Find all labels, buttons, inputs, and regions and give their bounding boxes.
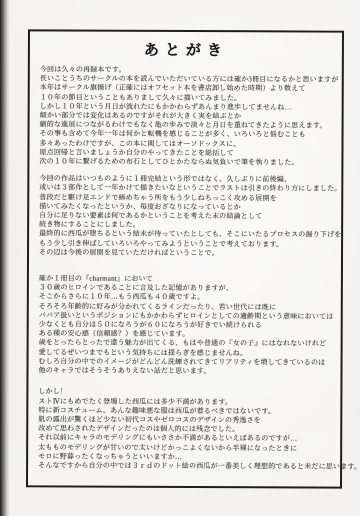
- afterword-body: 今回は久々の再録本です。長いことうちのサークルの本を読んでいただいている方には確…: [28, 63, 342, 471]
- paragraph: 今回は久々の再録本です。長いことうちのサークルの本を読んでいただいている方には確…: [39, 65, 333, 168]
- page-title: あとがき: [30, 38, 342, 60]
- scanned-page: あとがき 今回は久々の再録本です。長いことうちのサークルの本を読んでいただいてい…: [0, 0, 360, 516]
- paragraph: 今回の作品はいつものように１冊完結という形ではなく、久しぶりに前後編、或いは３部…: [39, 175, 333, 259]
- text-line: 他のキャラではそうそうありえない話だと思います。: [38, 366, 332, 376]
- afterword-frame: あとがき 今回は久々の再録本です。長いことうちのサークルの本を読んでいただいてい…: [26, 29, 344, 488]
- scan-gutter-shadow: [0, 0, 10, 516]
- paragraph: しかし！ストⅣにもめでたく登場した西瓜には多少不満があります。特に新コスチューム…: [38, 388, 332, 472]
- paragraph: 確か１冊目の『charmant』において３０歳のヒロインであることに言及した記憶…: [38, 274, 332, 377]
- text-line: 次の１０年に繋げるための布石としてひとかたならぬ気負いで筆を執りました。: [39, 157, 333, 167]
- text-line: そんなですから自分の中では３ｒｄのドット絵の西瓜が一番美しく理想的であると未だに…: [38, 461, 332, 471]
- text-line: その辺は今後の展開を見ていただければということで。: [39, 248, 333, 258]
